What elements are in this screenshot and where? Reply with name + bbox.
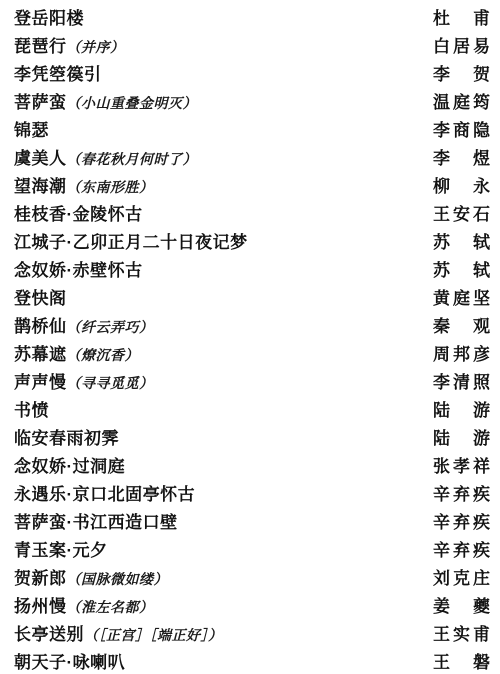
poem-title-group: 鹊桥仙（纤云弄巧） (14, 312, 154, 337)
poem-title-group: 苏幕遮（燎沉香） (14, 340, 139, 365)
toc-row: 贺新郎（国脉微如缕） 刘克庄 (14, 562, 490, 590)
poem-subtitle: （小山重叠金明灭） (67, 97, 198, 112)
poem-title: 青玉案·元夕 (14, 541, 108, 560)
poem-title-group: 琵琶行（并序） (14, 32, 125, 57)
poem-subtitle: （并序） (67, 41, 125, 56)
toc-row: 青玉案·元夕 辛弃疾 (14, 534, 490, 562)
toc-row: 永遇乐·京口北固亭怀古 辛弃疾 (14, 478, 490, 506)
toc-row: 虞美人（春花秋月何时了） 李 煜 (14, 142, 490, 170)
poem-title-group: 菩萨蛮（小山重叠金明灭） (14, 88, 197, 113)
poem-author: 姜 夔 (433, 592, 493, 617)
toc-row: 登岳阳楼 杜 甫 (14, 2, 490, 30)
poem-author: 黄庭坚 (433, 284, 493, 309)
poem-title: 永遇乐·京口北固亭怀古 (14, 485, 195, 504)
poem-author: 周邦彦 (433, 340, 493, 365)
toc-row: 登快阁 黄庭坚 (14, 282, 490, 310)
poem-title-group: 永遇乐·京口北固亭怀古 (14, 480, 195, 505)
toc-row: 苏幕遮（燎沉香） 周邦彦 (14, 338, 490, 366)
poem-title: 江城子·乙卯正月二十日夜记梦 (14, 233, 248, 252)
poem-title-group: 青玉案·元夕 (14, 536, 108, 561)
poem-author: 王安石 (433, 200, 493, 225)
toc-row: 鹊桥仙（纤云弄巧） 秦 观 (14, 310, 490, 338)
poem-title-group: 登岳阳楼 (14, 4, 84, 29)
poem-title: 望海潮 (14, 177, 67, 196)
poem-author: 辛弃疾 (433, 508, 493, 533)
toc-row: 锦瑟 李商隐 (14, 114, 490, 142)
poem-title-group: 长亭送别（［正宫］［端正好］） (14, 620, 223, 645)
poem-subtitle: （纤云弄巧） (67, 321, 154, 336)
poem-subtitle: （寻寻觅觅） (67, 377, 154, 392)
poem-author: 柳 永 (433, 172, 493, 197)
poem-author: 辛弃疾 (433, 480, 493, 505)
poem-title: 琵琶行 (14, 37, 67, 56)
toc-row: 菩萨蛮·书江西造口壁 辛弃疾 (14, 506, 490, 534)
toc-row: 扬州慢（淮左名都） 姜 夔 (14, 590, 490, 618)
poem-title-group: 登快阁 (14, 284, 67, 309)
poem-title: 临安春雨初霁 (14, 429, 119, 448)
poem-title-group: 江城子·乙卯正月二十日夜记梦 (14, 228, 248, 253)
toc-row: 长亭送别（［正宫］［端正好］） 王实甫 (14, 618, 490, 646)
poem-author: 陆 游 (433, 424, 493, 449)
toc-row: 李凭箜篌引 李 贺 (14, 58, 490, 86)
poem-author: 温庭筠 (433, 88, 493, 113)
poem-title: 锦瑟 (14, 121, 49, 140)
toc-row: 书愤 陆 游 (14, 394, 490, 422)
poem-title: 登岳阳楼 (14, 9, 84, 28)
poem-title-group: 菩萨蛮·书江西造口壁 (14, 508, 178, 533)
toc-row: 江城子·乙卯正月二十日夜记梦 苏 轼 (14, 226, 490, 254)
poem-subtitle: （淮左名都） (67, 601, 154, 616)
poem-subtitle: （燎沉香） (67, 349, 140, 364)
poem-title: 声声慢 (14, 373, 67, 392)
poem-title: 长亭送别 (14, 625, 84, 644)
toc-row: 声声慢（寻寻觅觅） 李清照 (14, 366, 490, 394)
poem-title: 念奴娇·赤壁怀古 (14, 261, 143, 280)
toc-row: 念奴娇·过洞庭 张孝祥 (14, 450, 490, 478)
poem-title: 桂枝香·金陵怀古 (14, 205, 143, 224)
toc-row: 菩萨蛮（小山重叠金明灭） 温庭筠 (14, 86, 490, 114)
poem-subtitle: （［正宫］［端正好］） (84, 629, 223, 644)
poem-author: 刘克庄 (433, 564, 493, 589)
poem-title: 登快阁 (14, 289, 67, 308)
poem-author: 白居易 (433, 32, 493, 57)
toc-row: 桂枝香·金陵怀古 王安石 (14, 198, 490, 226)
poem-title-group: 念奴娇·赤壁怀古 (14, 256, 143, 281)
poem-title-group: 望海潮（东南形胜） (14, 172, 154, 197)
toc-row: 临安春雨初霁 陆 游 (14, 422, 490, 450)
poem-author: 李清照 (433, 368, 493, 393)
poem-title-group: 桂枝香·金陵怀古 (14, 200, 143, 225)
poem-author: 李 贺 (433, 60, 493, 85)
poem-title: 贺新郎 (14, 569, 67, 588)
poem-author: 杜 甫 (433, 4, 493, 29)
toc-row: 望海潮（东南形胜） 柳 永 (14, 170, 490, 198)
poem-title-group: 李凭箜篌引 (14, 60, 102, 85)
poem-title: 菩萨蛮·书江西造口壁 (14, 513, 178, 532)
poem-title-group: 声声慢（寻寻觅觅） (14, 368, 154, 393)
poem-title-group: 书愤 (14, 396, 49, 421)
poem-author: 辛弃疾 (433, 536, 493, 561)
poem-author: 苏 轼 (433, 228, 493, 253)
poem-author: 苏 轼 (433, 256, 493, 281)
toc-row: 念奴娇·赤壁怀古 苏 轼 (14, 254, 490, 282)
poem-title-group: 临安春雨初霁 (14, 424, 119, 449)
poem-author: 李 煜 (433, 144, 493, 169)
poem-author: 秦 观 (433, 312, 493, 337)
poem-author: 王 磐 (433, 648, 493, 673)
poem-title-group: 朝天子·咏喇叭 (14, 648, 125, 673)
poem-title: 扬州慢 (14, 597, 67, 616)
toc-page: 登岳阳楼 杜 甫 琵琶行（并序） 白居易 李凭箜篌引 李 贺 菩萨蛮（小山重叠金… (0, 0, 500, 674)
toc-list: 登岳阳楼 杜 甫 琵琶行（并序） 白居易 李凭箜篌引 李 贺 菩萨蛮（小山重叠金… (14, 2, 490, 674)
poem-title-group: 贺新郎（国脉微如缕） (14, 564, 168, 589)
poem-title: 鹊桥仙 (14, 317, 67, 336)
poem-title: 虞美人 (14, 149, 67, 168)
poem-title: 李凭箜篌引 (14, 65, 102, 84)
poem-title-group: 锦瑟 (14, 116, 49, 141)
poem-subtitle: （东南形胜） (67, 181, 154, 196)
poem-title: 书愤 (14, 401, 49, 420)
toc-row: 琵琶行（并序） 白居易 (14, 30, 490, 58)
poem-title: 菩萨蛮 (14, 93, 67, 112)
poem-title-group: 扬州慢（淮左名都） (14, 592, 154, 617)
poem-title: 苏幕遮 (14, 345, 67, 364)
poem-author: 王实甫 (433, 620, 493, 645)
poem-title: 念奴娇·过洞庭 (14, 457, 125, 476)
poem-title-group: 虞美人（春花秋月何时了） (14, 144, 197, 169)
poem-subtitle: （春花秋月何时了） (67, 153, 198, 168)
poem-subtitle: （国脉微如缕） (67, 573, 169, 588)
toc-row: 朝天子·咏喇叭 王 磐 (14, 646, 490, 674)
poem-author: 陆 游 (433, 396, 493, 421)
poem-title-group: 念奴娇·过洞庭 (14, 452, 125, 477)
poem-author: 李商隐 (433, 116, 493, 141)
poem-author: 张孝祥 (433, 452, 493, 477)
poem-title: 朝天子·咏喇叭 (14, 653, 125, 672)
